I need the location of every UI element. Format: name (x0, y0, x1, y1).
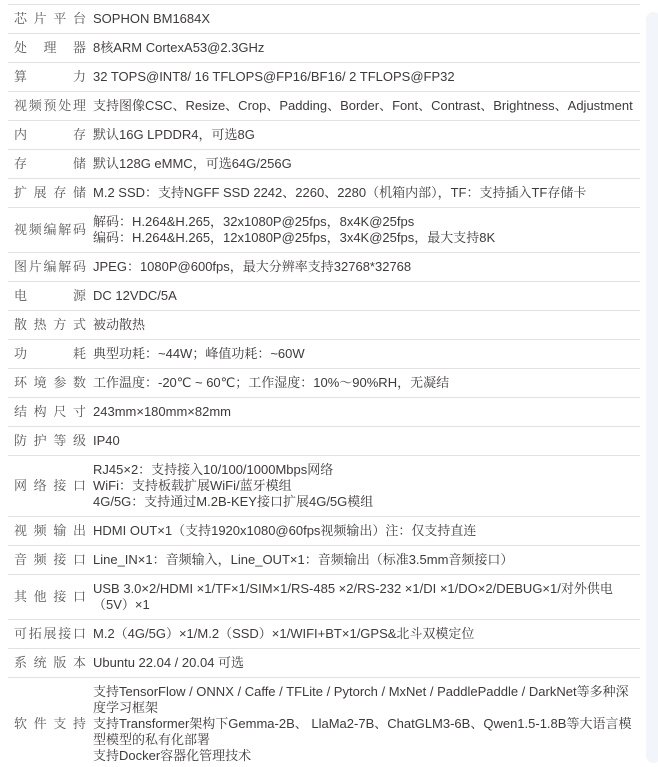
scrollbar-thumb[interactable] (646, 12, 658, 763)
spec-value: 支持TensorFlow / ONNX / Caffe / TFLite / P… (93, 684, 640, 764)
spec-value-line: 工作温度：-20℃ ~ 60℃；工作湿度：10%～90%RH，无凝结 (93, 375, 640, 391)
spec-label: 算力 (14, 69, 86, 85)
spec-value-line: USB 3.0×2/HDMI ×1/TF×1/SIM×1/RS-485 ×2/R… (93, 581, 640, 613)
spec-row-audio-interfaces: 音频接口 Line_IN×1：音频输入，Line_OUT×1：音频输出（标准3.… (8, 545, 640, 574)
spec-label: 存储 (14, 156, 86, 172)
spec-row-cooling: 散热方式 被动散热 (8, 310, 640, 339)
spec-value-line: M.2 SSD：支持NGFF SSD 2242、2260、2280（机箱内部），… (93, 185, 640, 201)
spec-value-line: Ubuntu 22.04 / 20.04 可选 (93, 655, 640, 671)
spec-row-processor: 处理器 8核ARM CortexA53@2.3GHz (8, 33, 640, 62)
spec-table: 芯片平台 SOPHON BM1684X 处理器 8核ARM CortexA53@… (8, 4, 640, 767)
spec-label: 网络接口 (14, 478, 86, 494)
spec-label: 防护等级 (14, 433, 86, 449)
spec-row-expandable-interfaces: 可拓展接口 M.2（4G/5G）×1/M.2（SSD）×1/WIFI+BT×1/… (8, 619, 640, 648)
spec-value: M.2 SSD：支持NGFF SSD 2242、2260、2280（机箱内部），… (93, 185, 640, 201)
spec-row-video-preprocessing: 视频预处理 支持图像CSC、Resize、Crop、Padding、Border… (8, 91, 640, 120)
spec-value: SOPHON BM1684X (93, 11, 640, 27)
spec-value-line: DC 12VDC/5A (93, 288, 640, 304)
spec-value: HDMI OUT×1（支持1920x1080@60fps视频输出）注：仅支持直连 (93, 523, 640, 539)
spec-value-line: Line_IN×1：音频输入，Line_OUT×1：音频输出（标准3.5mm音频… (93, 552, 640, 568)
spec-value-line: 解码：H.264&H.265，32x1080P@25fps，8x4K@25fps (93, 214, 640, 230)
spec-row-video-codec: 视频编解码 解码：H.264&H.265，32x1080P@25fps，8x4K… (8, 207, 640, 252)
spec-value: 默认128G eMMC，可选64G/256G (93, 156, 640, 172)
spec-value-line: JPEG：1080P@600fps，最大分辨率支持32768*32768 (93, 259, 640, 275)
spec-value: Line_IN×1：音频输入，Line_OUT×1：音频输出（标准3.5mm音频… (93, 552, 640, 568)
spec-label: 扩展存储 (14, 185, 86, 201)
spec-value-line: HDMI OUT×1（支持1920x1080@60fps视频输出）注：仅支持直连 (93, 523, 640, 539)
spec-value-line: 8核ARM CortexA53@2.3GHz (93, 40, 640, 56)
spec-row-video-output: 视频输出 HDMI OUT×1（支持1920x1080@60fps视频输出）注：… (8, 516, 640, 545)
spec-value-line: 支持Transformer架构下Gemma-2B、 LlaMa2-7B、Chat… (93, 716, 640, 748)
spec-label: 音频接口 (14, 552, 86, 568)
spec-label: 系统版本 (14, 655, 86, 671)
spec-value-line: WiFi：支持板载扩展WiFi/蓝牙模组 (93, 478, 640, 494)
spec-row-dimensions: 结构尺寸 243mm×180mm×82mm (8, 397, 640, 426)
spec-value: 解码：H.264&H.265，32x1080P@25fps，8x4K@25fps… (93, 214, 640, 246)
spec-value-line: 4G/5G：支持通过M.2B-KEY接口扩展4G/5G模组 (93, 494, 640, 510)
spec-value: USB 3.0×2/HDMI ×1/TF×1/SIM×1/RS-485 ×2/R… (93, 581, 640, 613)
spec-value: 默认16G LPDDR4，可选8G (93, 127, 640, 143)
spec-label: 视频预处理 (14, 98, 86, 114)
spec-label: 可拓展接口 (14, 626, 86, 642)
spec-label: 散热方式 (14, 317, 86, 333)
spec-page: 芯片平台 SOPHON BM1684X 处理器 8核ARM CortexA53@… (0, 4, 658, 767)
spec-value: 典型功耗：~44W；峰值功耗：~60W (93, 346, 640, 362)
spec-value: Ubuntu 22.04 / 20.04 可选 (93, 655, 640, 671)
spec-value: M.2（4G/5G）×1/M.2（SSD）×1/WIFI+BT×1/GPS&北斗… (93, 626, 640, 642)
spec-value-line: 编码：H.264&H.265，12x1080P@25fps，3x4K@25fps… (93, 230, 640, 246)
spec-value-line: IP40 (93, 433, 640, 449)
spec-row-other-interfaces: 其他接口 USB 3.0×2/HDMI ×1/TF×1/SIM×1/RS-485… (8, 574, 640, 619)
spec-label: 内存 (14, 127, 86, 143)
spec-value: 32 TOPS@INT8/ 16 TFLOPS@FP16/BF16/ 2 TFL… (93, 69, 640, 85)
spec-value: JPEG：1080P@600fps，最大分辨率支持32768*32768 (93, 259, 640, 275)
spec-value: DC 12VDC/5A (93, 288, 640, 304)
spec-value-line: RJ45×2：支持接入10/100/1000Mbps网络 (93, 462, 640, 478)
spec-label: 其他接口 (14, 589, 86, 605)
spec-row-protection-rating: 防护等级 IP40 (8, 426, 640, 455)
spec-value-line: 默认16G LPDDR4，可选8G (93, 127, 640, 143)
spec-label: 功耗 (14, 346, 86, 362)
spec-value-line: SOPHON BM1684X (93, 11, 640, 27)
spec-label: 结构尺寸 (14, 404, 86, 420)
spec-row-image-codec: 图片编解码 JPEG：1080P@600fps，最大分辨率支持32768*327… (8, 252, 640, 281)
spec-value: IP40 (93, 433, 640, 449)
spec-row-software-support: 软件支持 支持TensorFlow / ONNX / Caffe / TFLit… (8, 677, 640, 767)
spec-value-line: 支持Docker容器化管理技术 (93, 748, 640, 764)
spec-row-power-consumption: 功耗 典型功耗：~44W；峰值功耗：~60W (8, 339, 640, 368)
spec-label: 视频编解码 (14, 222, 86, 238)
spec-value: 工作温度：-20℃ ~ 60℃；工作湿度：10%～90%RH，无凝结 (93, 375, 640, 391)
spec-row-os-version: 系统版本 Ubuntu 22.04 / 20.04 可选 (8, 648, 640, 677)
spec-value-line: 默认128G eMMC，可选64G/256G (93, 156, 640, 172)
spec-label: 芯片平台 (14, 11, 86, 27)
spec-row-compute-power: 算力 32 TOPS@INT8/ 16 TFLOPS@FP16/BF16/ 2 … (8, 62, 640, 91)
spec-label: 软件支持 (14, 716, 86, 732)
spec-label: 视频输出 (14, 523, 86, 539)
spec-value-line: 32 TOPS@INT8/ 16 TFLOPS@FP16/BF16/ 2 TFL… (93, 69, 640, 85)
spec-value-line: M.2（4G/5G）×1/M.2（SSD）×1/WIFI+BT×1/GPS&北斗… (93, 626, 640, 642)
spec-label: 处理器 (14, 40, 86, 56)
spec-row-power-supply: 电源 DC 12VDC/5A (8, 281, 640, 310)
spec-value-line: 支持TensorFlow / ONNX / Caffe / TFLite / P… (93, 684, 640, 716)
spec-row-environment: 环境参数 工作温度：-20℃ ~ 60℃；工作湿度：10%～90%RH，无凝结 (8, 368, 640, 397)
spec-label: 环境参数 (14, 375, 86, 391)
spec-value: 8核ARM CortexA53@2.3GHz (93, 40, 640, 56)
spec-value-line: 被动散热 (93, 317, 640, 333)
spec-value-line: 支持图像CSC、Resize、Crop、Padding、Border、Font、… (93, 98, 640, 114)
spec-row-expandable-storage: 扩展存储 M.2 SSD：支持NGFF SSD 2242、2260、2280（机… (8, 178, 640, 207)
spec-row-storage: 存储 默认128G eMMC，可选64G/256G (8, 149, 640, 178)
spec-value-line: 典型功耗：~44W；峰值功耗：~60W (93, 346, 640, 362)
spec-value: 被动散热 (93, 317, 640, 333)
spec-label: 图片编解码 (14, 259, 86, 275)
spec-value: 243mm×180mm×82mm (93, 404, 640, 420)
spec-row-chip-platform: 芯片平台 SOPHON BM1684X (8, 5, 640, 33)
spec-value-line: 243mm×180mm×82mm (93, 404, 640, 420)
spec-value: 支持图像CSC、Resize、Crop、Padding、Border、Font、… (93, 98, 640, 114)
spec-value: RJ45×2：支持接入10/100/1000Mbps网络WiFi：支持板载扩展W… (93, 462, 640, 510)
spec-row-network-interfaces: 网络接口 RJ45×2：支持接入10/100/1000Mbps网络WiFi：支持… (8, 455, 640, 516)
spec-row-memory: 内存 默认16G LPDDR4，可选8G (8, 120, 640, 149)
spec-label: 电源 (14, 288, 86, 304)
